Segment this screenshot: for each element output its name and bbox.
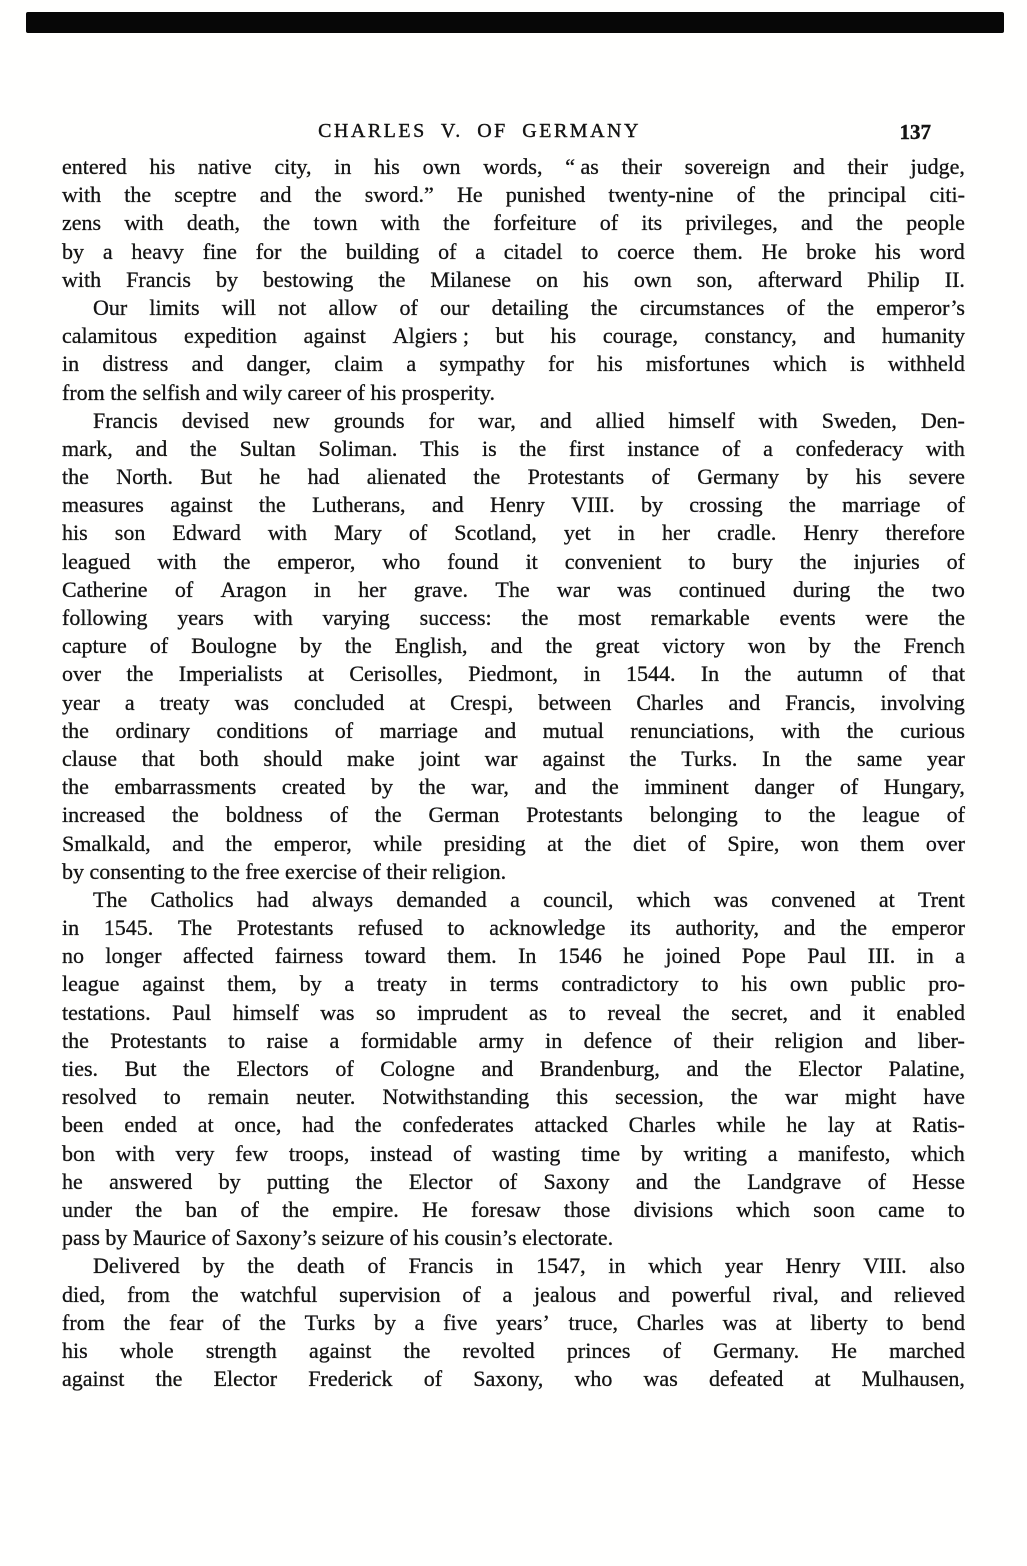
scan-artifact-bar (26, 12, 1004, 33)
text-line: theembarrassmentscreatedbythewar,andthei… (62, 773, 965, 801)
text-line: beenendedatonce,hadtheconfederatesattack… (62, 1111, 965, 1139)
text-line: testations.Paulhimselfwassoimprudentasto… (62, 999, 965, 1027)
page-title: CHARLES V. OF GERMANY (28, 120, 931, 143)
text-line: yearatreatywasconcludedatCrespi,betweenC… (62, 689, 965, 717)
page-number: 137 (900, 120, 932, 145)
text-line: bonwithveryfewtroops,insteadofwastingtim… (62, 1140, 965, 1168)
text-line: in1545.TheProtestantsrefusedtoacknowledg… (62, 914, 965, 942)
text-line: Ourlimitswillnotallowofourdetailingtheci… (62, 294, 965, 322)
text-line: withthesceptreandthesword.”Hepunishedtwe… (62, 181, 965, 209)
text-line: theProtestantstoraiseaformidablearmyinde… (62, 1027, 965, 1055)
text-line: leaguedwiththeemperor,whofounditconvenie… (62, 548, 965, 576)
text-line: ties.ButtheElectorsofCologneandBrandenbu… (62, 1055, 965, 1083)
text-line: measuresagainsttheLutherans,andHenryVIII… (62, 491, 965, 519)
text-line: theNorth.ButhehadalienatedtheProtestants… (62, 463, 965, 491)
text-line: withFrancisbybestowingtheMilaneseonhisow… (62, 266, 965, 294)
text-line: resolvedtoremainneuter.Notwithstandingth… (62, 1083, 965, 1111)
text-line: nolongeraffectedfairnesstowardthem.In154… (62, 942, 965, 970)
book-page: CHARLES V. OF GERMANY 137 enteredhisnati… (0, 0, 1027, 1566)
text-line: zenswithdeath,thetownwiththeforfeitureof… (62, 209, 965, 237)
text-line: pass by Maurice of Saxony’s seizure of h… (62, 1224, 965, 1252)
text-line: CatherineofAragoninhergrave.Thewarwascon… (62, 576, 965, 604)
text-line: hiswholestrengthagainsttherevoltedprince… (62, 1337, 965, 1365)
text-line: mark,andtheSultanSoliman.Thisisthefirsti… (62, 435, 965, 463)
text-line: hissonEdwardwithMaryofScotland,yetinherc… (62, 519, 965, 547)
text-line: increasedtheboldnessoftheGermanProtestan… (62, 801, 965, 829)
text-line: died,fromthewatchfulsupervisionofajealou… (62, 1281, 965, 1309)
text-line: clausethatbothshouldmakejointwaragainstt… (62, 745, 965, 773)
text-line: Francisdevisednewgroundsforwar,andallied… (62, 407, 965, 435)
text-line: leagueagainstthem,byatreatyintermscontra… (62, 970, 965, 998)
running-header: CHARLES V. OF GERMANY 137 (62, 120, 965, 150)
text-line: againsttheElectorFrederickofSaxony,whowa… (62, 1365, 965, 1393)
text-line: fromthefearoftheTurksbyafiveyears’truce,… (62, 1309, 965, 1337)
text-line: TheCatholicshadalwaysdemandedacouncil,wh… (62, 886, 965, 914)
text-line: by consenting to the free exercise of th… (62, 858, 965, 886)
page-body: enteredhisnativecity,inhisownwords,“ ast… (62, 153, 965, 1393)
text-line: followingyearswithvaryingsuccess:themost… (62, 604, 965, 632)
text-line: enteredhisnativecity,inhisownwords,“ ast… (62, 153, 965, 181)
text-line: overtheImperialistsatCerisolles,Piedmont… (62, 660, 965, 688)
text-line: captureofBoulognebytheEnglish,andthegrea… (62, 632, 965, 660)
text-line: byaheavyfineforthebuildingofacitadeltoco… (62, 238, 965, 266)
text-line: Smalkald,andtheemperor,whilepresidingatt… (62, 830, 965, 858)
text-line: from the selfish and wily career of his … (62, 379, 965, 407)
text-line: calamitousexpeditionagainstAlgiers ;buth… (62, 322, 965, 350)
text-line: theordinaryconditionsofmarriageandmutual… (62, 717, 965, 745)
text-line: indistressanddanger,claimasympathyforhis… (62, 350, 965, 378)
text-line: underthebanoftheempire.Heforesawthosediv… (62, 1196, 965, 1224)
text-line: DeliveredbythedeathofFrancisin1547,inwhi… (62, 1252, 965, 1280)
text-line: heansweredbyputtingtheElectorofSaxonyand… (62, 1168, 965, 1196)
